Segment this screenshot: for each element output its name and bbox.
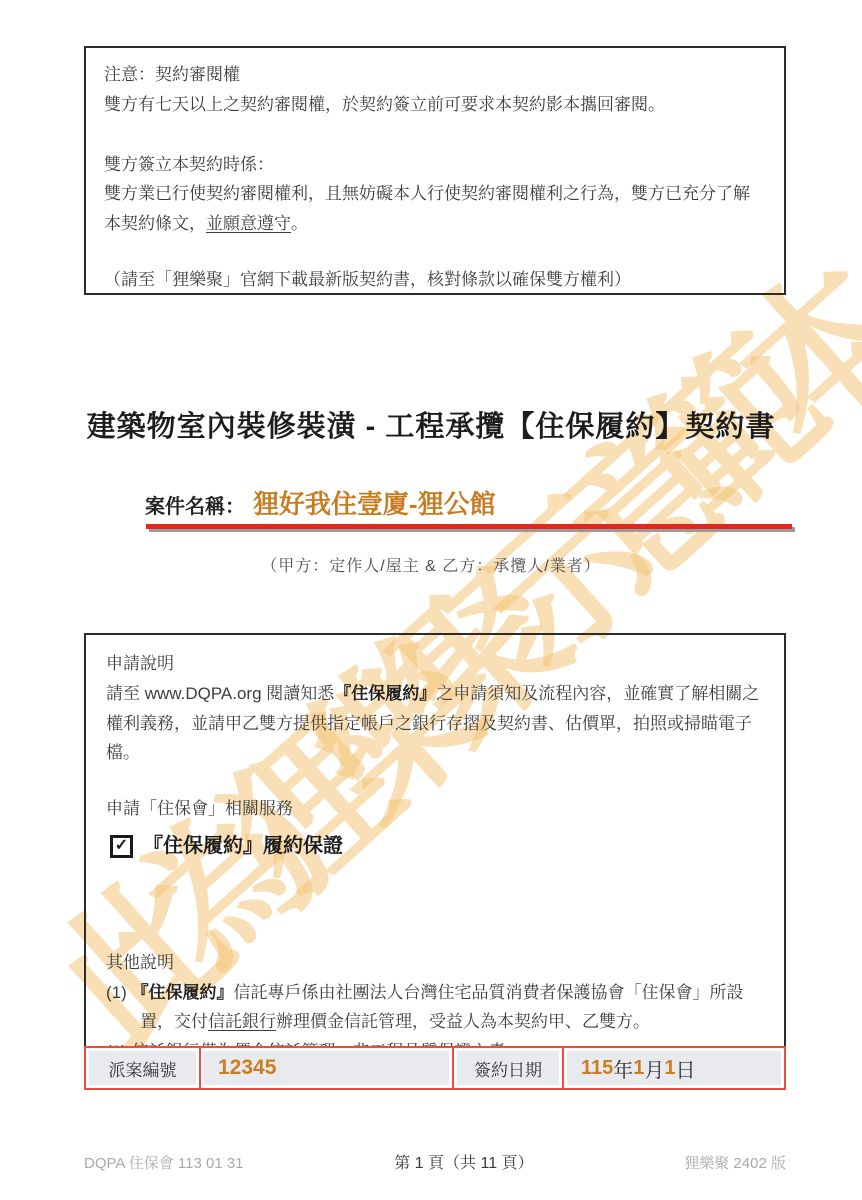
service-option-row: ✓ 『住保履約』履約保證: [110, 829, 764, 864]
notice-line2: 雙方簽立本契約時係：: [104, 150, 766, 180]
case-number-label-cell: 派案編號: [86, 1048, 199, 1088]
footer-right-version: 狸樂聚 2402 版: [684, 1152, 786, 1173]
notice-heading: 注意：契約審閱權: [104, 60, 766, 90]
item1-bold-term: 『住保履約』: [132, 983, 234, 1002]
application-heading: 申請說明: [106, 649, 764, 679]
application-paragraph: 請至 www.DQPA.org 閱讀知悉『住保履約』之申請須知及流程內容，並確實…: [106, 679, 764, 768]
case-number-label: 派案編號: [89, 1051, 196, 1085]
sign-date-value: 115 年 1 月 1 日: [567, 1051, 781, 1085]
other-note-item-1: (1) 『住保履約』信託專戶係由社團法人台灣住宅品質消費者保護協會「住保會」所設…: [106, 978, 764, 1038]
service-checkbox-label: 『住保履約』履約保證: [143, 829, 343, 864]
case-name-label: 案件名稱：: [145, 496, 245, 518]
sign-date-label: 簽約日期: [457, 1051, 559, 1085]
case-info-table: 派案編號 12345 簽約日期 115 年 1 月 1 日: [84, 1046, 786, 1090]
other-notes-heading: 其他說明: [106, 948, 764, 978]
notice-underlined-phrase: 並願意遵守: [206, 214, 291, 233]
case-name-underline: [146, 524, 792, 529]
services-heading: 申請「住保會」相關服務: [106, 794, 764, 824]
case-number-value-cell: 12345: [199, 1048, 452, 1088]
case-name-value: 狸好我住壹廈-狸公館: [253, 489, 496, 519]
notice-line3: 雙方業已行使契約審閱權利，且無妨礙本人行使契約審閱權利之行為，雙方已充分了解本契…: [104, 179, 766, 239]
case-name-row: 案件名稱：狸好我住壹廈-狸公館: [145, 484, 496, 521]
page-footer: DQPA 住保會 113 01 31 第 1 頁（共 11 頁） 狸樂聚 240…: [84, 1150, 786, 1173]
item1-underlined-term: 信託銀行: [208, 1012, 276, 1031]
service-checkbox[interactable]: ✓: [110, 835, 133, 858]
case-number-value: 12345: [204, 1051, 449, 1085]
parties-line: （甲方：定作人/屋主 & 乙方：承攬人/業者）: [0, 553, 862, 576]
notice-line4: （請至「狸樂聚」官網下載最新版契約書，核對條款以確保雙方權利）: [104, 265, 766, 295]
notice-line1: 雙方有七天以上之契約審閱權，於契約簽立前可要求本契約影本攜回審閱。: [104, 90, 766, 120]
application-box: 申請說明 請至 www.DQPA.org 閱讀知悉『住保履約』之申請須知及流程內…: [84, 633, 786, 1046]
document-title: 建築物室內裝修裝潢 - 工程承攬【住保履約】契約書: [0, 404, 862, 445]
footer-left-version: DQPA 住保會 113 01 31: [84, 1152, 244, 1173]
sign-date-label-cell: 簽約日期: [452, 1048, 562, 1088]
sign-date-value-cell: 115 年 1 月 1 日: [562, 1048, 784, 1088]
application-bold-term: 『住保履約』: [334, 684, 436, 703]
notice-box: 注意：契約審閱權 雙方有七天以上之契約審閱權，於契約簽立前可要求本契約影本攜回審…: [84, 46, 786, 295]
footer-page-number: 第 1 頁（共 11 頁）: [394, 1150, 533, 1173]
